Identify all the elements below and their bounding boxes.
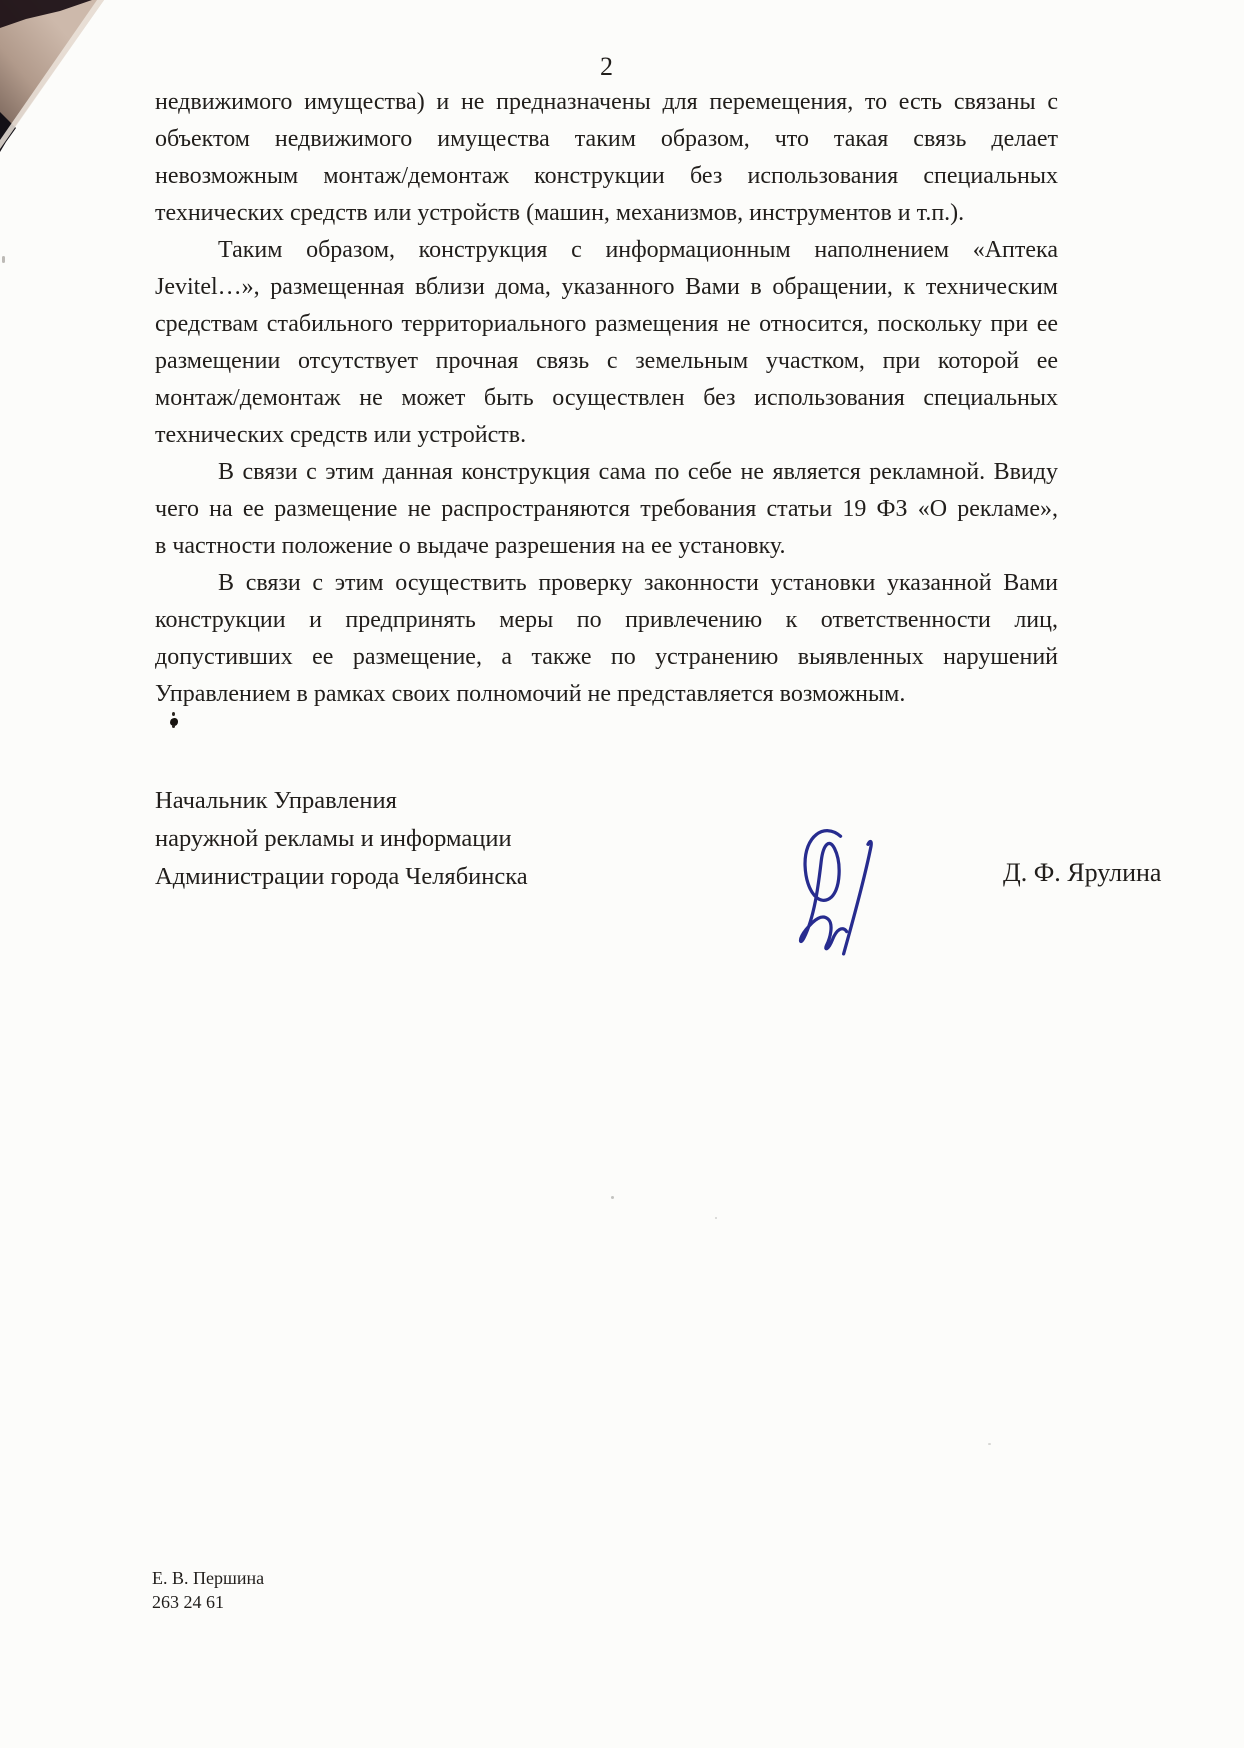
- text-line: Таким образом, конструкция с информацион…: [155, 232, 1058, 269]
- paragraph: В связи с этим осуществить проверку зако…: [155, 565, 1058, 713]
- text-line: невозможным монтаж/демонтаж конструкции …: [155, 158, 1058, 195]
- text-line: чего на ее размещение не распространяютс…: [155, 491, 1058, 528]
- scan-speckle: [988, 1443, 991, 1445]
- text-line: конструкции и предпринять меры по привле…: [155, 602, 1058, 639]
- paragraph: В связи с этим данная конструкция сама п…: [155, 454, 1058, 565]
- paragraph: недвижимого имущества) и не предназначен…: [155, 84, 1058, 232]
- body-text: недвижимого имущества) и не предназначен…: [155, 84, 1058, 713]
- paragraph: Таким образом, конструкция с информацион…: [155, 232, 1058, 454]
- text-line: монтаж/демонтаж не может быть осуществле…: [155, 380, 1058, 417]
- scan-speckle: [611, 1196, 614, 1199]
- signoff-title-line: Администрации города Челябинска: [155, 858, 528, 896]
- scanned-letter-page: 2 недвижимого имущества) и не предназнач…: [0, 0, 1244, 1748]
- text-line: Jevitel…», размещенная вблизи дома, указ…: [155, 269, 1058, 306]
- text-line: технических средств или устройств (машин…: [155, 195, 1058, 232]
- executor-footer: Е. В. Першина 263 24 61: [152, 1566, 264, 1614]
- executor-name: Е. В. Першина: [152, 1566, 264, 1590]
- text-line: недвижимого имущества) и не предназначен…: [155, 84, 1058, 121]
- page-number: 2: [155, 48, 1058, 85]
- scan-speckle: [2, 256, 5, 263]
- text-line: объектом недвижимого имущества таким обр…: [155, 121, 1058, 158]
- text-line: размещении отсутствует прочная связь с з…: [155, 343, 1058, 380]
- signoff-title-line: Начальник Управления: [155, 782, 528, 820]
- handwritten-signature-icon: [786, 820, 886, 962]
- text-line: В связи с этим осуществить проверку зако…: [155, 565, 1058, 602]
- text-line: в частности положение о выдаче разрешени…: [155, 528, 1058, 565]
- text-line: В связи с этим данная конструкция сама п…: [155, 454, 1058, 491]
- text-line: Управлением в рамках своих полномочий не…: [155, 676, 1058, 713]
- signoff-title-line: наружной рекламы и информации: [155, 820, 528, 858]
- text-line: средствам стабильного территориального р…: [155, 306, 1058, 343]
- ink-blot: [167, 712, 179, 728]
- signer-name: Д. Ф. Ярулина: [1003, 856, 1161, 890]
- text-line: допустивших ее размещение, а также по ус…: [155, 639, 1058, 676]
- signoff-title-block: Начальник Управления наружной рекламы и …: [155, 782, 528, 896]
- scanned-corner-fold-artifact: [0, 0, 120, 160]
- executor-phone: 263 24 61: [152, 1590, 264, 1614]
- text-line: технических средств или устройств.: [155, 417, 1058, 454]
- scan-speckle: [715, 1217, 717, 1219]
